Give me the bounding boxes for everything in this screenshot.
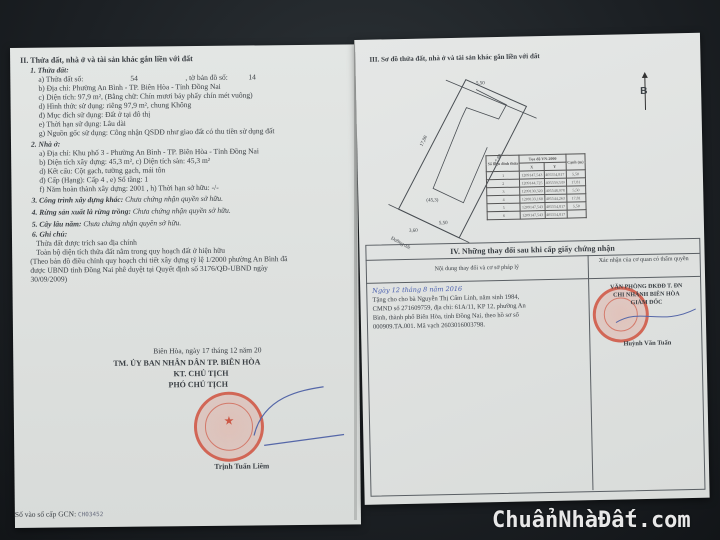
coordinate-row: 61209147,543405554,817 <box>487 210 586 220</box>
th-vertex: Số hiệu đỉnh thửa <box>486 155 520 172</box>
other-construction-label: 3. Công trình xây dựng khác: <box>32 195 124 205</box>
usage-origin: g) Nguồn gốc sử dụng: Công nhận QSDĐ như… <box>39 126 275 137</box>
right-page: III. Sơ đồ thửa đất, nhà ở và tài sản kh… <box>355 33 710 505</box>
signature-stroke <box>244 384 355 455</box>
forest-value: Chưa chứng nhận quyền sở hữu. <box>133 206 231 216</box>
dim-bottom: 5,50 <box>439 221 448 227</box>
notes-line: 30/09/2009) <box>30 274 67 283</box>
parcel-number-label: a) Thửa đất số: <box>38 74 83 83</box>
other-construction: 3. Công trình xây dựng khác: Chưa chứng … <box>32 194 223 205</box>
coordinate-table-grid: Số hiệu đỉnh thửa Tọa độ VN-2000 Cạnh (m… <box>485 153 586 220</box>
registry: Số vào sổ cấp GCN: CH03452 <box>15 509 104 519</box>
forest-label: 4. Rừng sản xuất là rừng trồng: <box>32 207 131 217</box>
dim-street: 3,60 <box>409 229 418 235</box>
dim-top: 5,50 <box>476 81 485 87</box>
coordinate-cell <box>567 210 587 218</box>
org-name: TM. ỦY BAN NHÂN DÂN TP. BIÊN HÒA <box>113 357 260 368</box>
north-label: B <box>640 86 647 98</box>
other-construction-value: Chưa chứng nhận quyền sở hữu. <box>125 194 223 204</box>
section-iii-title: III. Sơ đồ thửa đất, nhà ở và tài sản kh… <box>369 52 539 64</box>
registry-label: Số vào sổ cấp GCN: <box>15 509 76 519</box>
perennial: 5. Cây lâu năm: Chưa chứng nhận quyền sở… <box>32 218 181 229</box>
perennial-value: Chưa chứng nhận quyền sở hữu. <box>83 218 181 228</box>
house-year: f) Năm hoàn thành xây dựng: 2001 , h) Th… <box>39 183 218 194</box>
perennial-label: 5. Cây lâu năm: <box>32 219 82 229</box>
role-line-1: KT. CHỦ TỊCH <box>173 369 228 379</box>
role-line-2: PHÓ CHỦ TỊCH <box>168 380 228 390</box>
coordinate-cell: 405554,817 <box>545 210 567 218</box>
land-heading: 1. Thửa đất: <box>30 65 69 74</box>
notes-line: được UBND tỉnh Đồng Nai phê duyệt tại Qu… <box>30 263 268 274</box>
coordinate-cell: 1209147,543 <box>521 211 545 220</box>
left-page: II. Thửa đất, nhà ở và tài sản khác gắn … <box>10 44 361 528</box>
parcel-area-label: (45,3) <box>426 198 438 204</box>
forest: 4. Rừng sản xuất là rừng trồng: Chưa chứ… <box>32 206 231 217</box>
th-edge: Cạnh (m) <box>565 154 585 170</box>
place-date-text: Biên Hòa, ngày 17 tháng 12 năm 20 <box>153 345 261 355</box>
house-heading: 2. Nhà ở: <box>31 139 60 148</box>
registry-number: CH03452 <box>78 511 103 518</box>
map-sheet-label: , tờ bản đồ số: <box>185 73 228 82</box>
section-ii-title: II. Thửa đất, nhà ở và tài sản khác gắn … <box>20 54 193 65</box>
notes-heading: 6. Ghi chú: <box>32 229 67 238</box>
north-arrow: B <box>640 72 651 112</box>
coordinate-table: Số hiệu đỉnh thửa Tọa độ VN-2000 Cạnh (m… <box>485 153 586 220</box>
place-date: Biên Hòa, ngày 17 tháng 12 năm 20 <box>153 345 261 355</box>
parcel-number: 54 <box>130 74 138 83</box>
signer-name: Trịnh Tuấn Liêm <box>214 461 269 471</box>
coordinate-cell: 6 <box>487 211 521 220</box>
map-sheet-number: 14 <box>248 72 256 81</box>
approver-signature <box>611 301 702 333</box>
site-watermark: ChuẩnNhàĐất.com <box>492 508 691 533</box>
